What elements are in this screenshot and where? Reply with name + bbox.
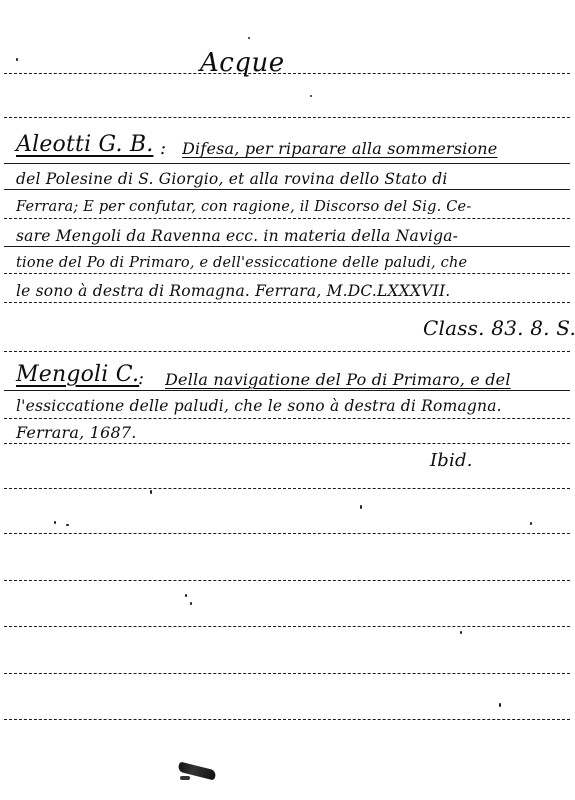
entry-author: Aleotti G. B.: [16, 134, 153, 156]
entry-title-line: tione del Po di Primaro, e dell'essiccat…: [16, 256, 467, 271]
scan-speck: [66, 524, 69, 526]
shelf-classmark: Class. 83. 8. S.: [423, 318, 575, 338]
shelf-classmark: Ibid.: [430, 452, 473, 470]
ruled-line: [4, 719, 570, 720]
ruled-line: [4, 390, 570, 391]
scan-speck: [360, 505, 362, 509]
ruled-line: [4, 580, 570, 581]
scan-speck: [460, 631, 462, 634]
catalog-card: Acque Aleotti G. B. : Difesa, per ripara…: [0, 0, 575, 800]
entry-title-line: del Polesine di S. Giorgio, et alla rovi…: [16, 172, 448, 188]
ink-blot: [180, 776, 190, 780]
entry-title-line: Difesa, per riparare alla sommersione: [182, 141, 497, 157]
ruled-line: [4, 117, 570, 118]
scan-speck: [185, 594, 187, 597]
ruled-line: [4, 246, 570, 247]
scan-speck: [248, 37, 250, 39]
card-heading: Acque: [200, 50, 285, 76]
entry-title-line: l'essiccatione delle paludi, che le sono…: [16, 399, 502, 415]
ruled-line: [4, 351, 570, 352]
ruled-line: [4, 533, 570, 534]
ruled-line: [4, 189, 570, 190]
scan-speck: [16, 58, 18, 61]
ruled-line: [4, 163, 570, 164]
scan-speck: [499, 703, 501, 707]
ruled-line: [4, 626, 570, 627]
entry-imprint-line: Ferrara, 1687.: [16, 425, 137, 441]
scan-speck: [530, 522, 532, 525]
scan-speck: [150, 490, 152, 494]
entry-author: Mengoli C.: [16, 364, 139, 386]
entry-separator: :: [160, 140, 166, 158]
ruled-line: [4, 218, 570, 219]
ruled-line: [4, 418, 570, 419]
ruled-line: [4, 273, 570, 274]
ruled-line: [4, 443, 570, 444]
scan-speck: [54, 521, 56, 524]
entry-title-line: Ferrara; E per confutar, con ragione, il…: [16, 200, 471, 215]
entry-title-line: sare Mengoli da Ravenna ecc. in materia …: [16, 229, 458, 245]
ruled-line: [4, 488, 570, 489]
entry-imprint-line: le sono à destra di Romagna. Ferrara, M.…: [16, 284, 450, 300]
scan-speck: [310, 95, 312, 97]
entry-separator: :: [138, 370, 144, 388]
entry-title-line: Della navigatione del Po di Primaro, e d…: [165, 372, 511, 388]
ruled-line: [4, 73, 570, 74]
scan-speck: [190, 602, 192, 605]
ruled-line: [4, 302, 570, 303]
ruled-line: [4, 673, 570, 674]
